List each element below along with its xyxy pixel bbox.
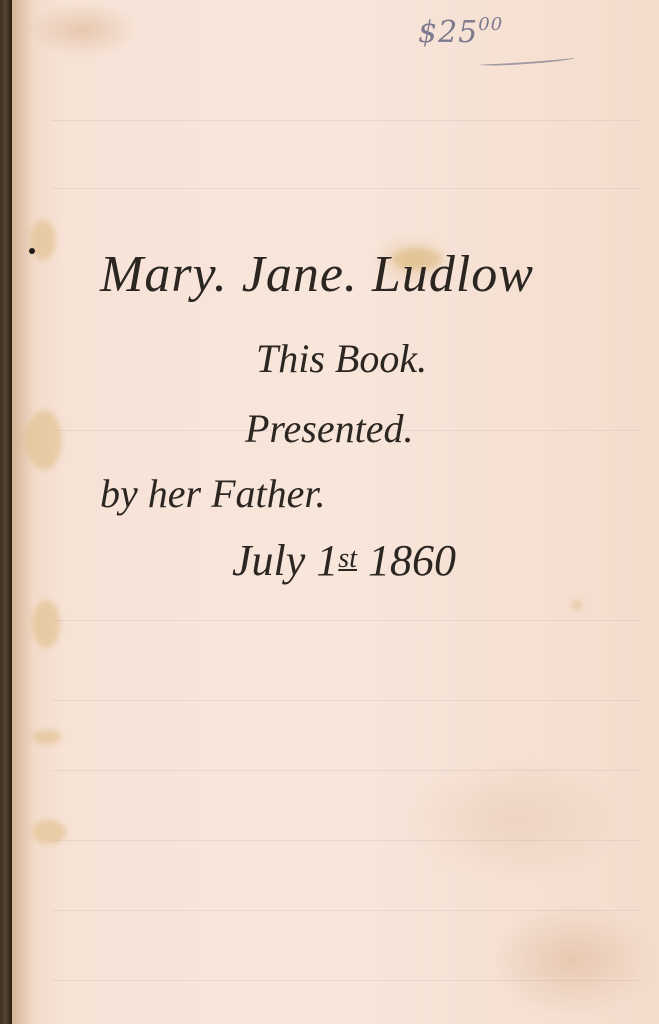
ruled-line xyxy=(52,840,639,841)
price-cents: 00 xyxy=(478,14,503,35)
inscription-by-her-father: by her Father. xyxy=(100,470,326,517)
page-edge-stain xyxy=(12,0,34,1024)
ruled-line xyxy=(52,188,639,189)
water-stain xyxy=(26,410,62,470)
ruled-line xyxy=(52,620,639,621)
ruled-line xyxy=(52,770,639,771)
ruled-line xyxy=(52,980,639,981)
inscription-presented: Presented. xyxy=(245,405,413,452)
date-ordinal: st xyxy=(338,543,357,574)
pencil-price-mark: $2500 xyxy=(418,14,503,50)
ruled-line xyxy=(52,910,639,911)
ruled-line xyxy=(52,700,639,701)
date-month-day: July 1 xyxy=(232,536,338,585)
inscription-this-book: This Book. xyxy=(256,335,427,382)
ink-dot xyxy=(29,248,35,254)
inscription-date: July 1st 1860 xyxy=(232,535,456,586)
water-stain xyxy=(572,600,582,610)
water-stain xyxy=(32,600,60,648)
ruled-line xyxy=(52,120,639,121)
water-stain xyxy=(30,220,56,260)
date-year: 1860 xyxy=(368,536,456,585)
water-stain xyxy=(32,730,62,744)
inscription-name: Mary. Jane. Ludlow xyxy=(100,245,534,304)
price-amount: $25 xyxy=(418,15,478,50)
